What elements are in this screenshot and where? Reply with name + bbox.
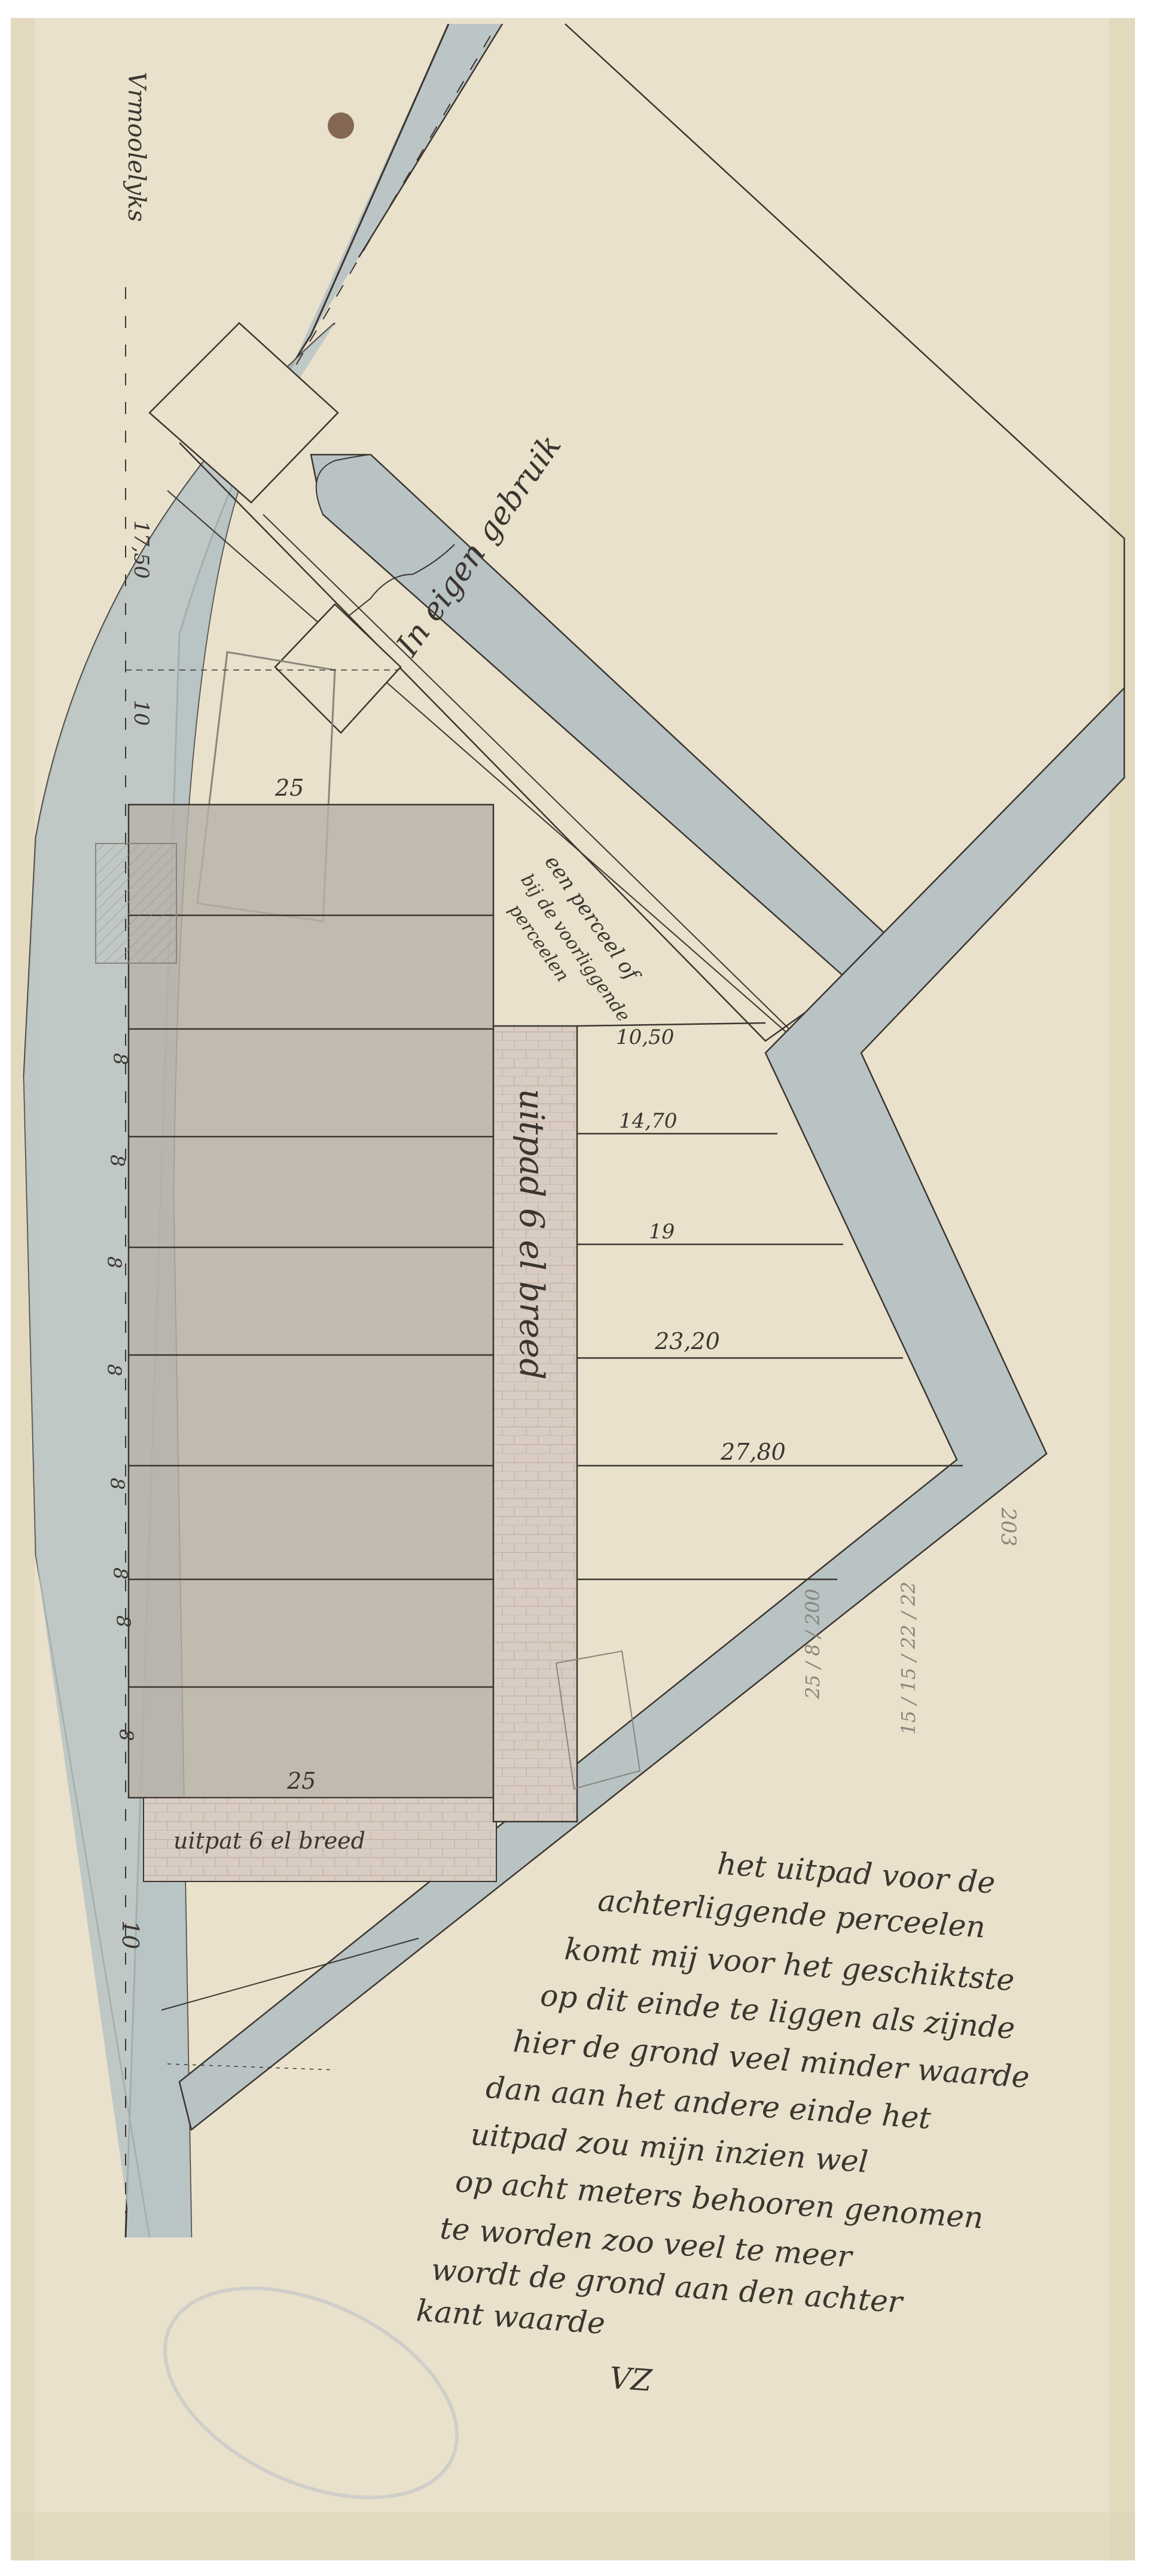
tick-8g: 8	[112, 1615, 135, 1627]
parcel-block-left	[129, 805, 493, 1798]
dim-1050: 10,50	[616, 1025, 674, 1049]
dim-1470: 14,70	[619, 1109, 677, 1133]
map-sheet: Vrmoolelyks In eigen gebruik een perceel…	[0, 0, 1150, 2576]
label-uitpad-horizontal: uitpat 6 el breed	[173, 1828, 365, 1854]
dim-19: 19	[649, 1220, 675, 1244]
dim-2780: 27,80	[720, 1439, 786, 1465]
signature: VZ	[608, 2361, 654, 2398]
map-canvas: Vrmoolelyks In eigen gebruik een perceel…	[0, 0, 1150, 2576]
tick-8a: 8	[109, 1053, 132, 1065]
tick-1750: 17,50	[129, 520, 153, 578]
tick-8h: 8	[115, 1729, 138, 1741]
pencil-203: 203	[996, 1507, 1020, 1546]
pencil-calc-2: 15 / 15 / 22 / 22	[897, 1582, 920, 1735]
tick-10: 10	[129, 700, 153, 726]
dim-top-width: 25	[274, 775, 304, 801]
tick-8e: 8	[106, 1478, 129, 1490]
tick-10b: 10	[117, 1920, 144, 1949]
tick-8c: 8	[103, 1256, 126, 1268]
tick-8d: 8	[103, 1364, 126, 1376]
dim-2320: 23,20	[654, 1328, 720, 1354]
dim-bottom-width: 25	[286, 1768, 316, 1794]
label-uitpad-vertical: uitpad 6 el breed	[512, 1089, 551, 1380]
pencil-calc-1: 25 / 8 / 200	[801, 1589, 824, 1700]
label-top-left: Vrmoolelyks	[123, 72, 150, 222]
tick-8b: 8	[106, 1155, 129, 1167]
tick-8f: 8	[109, 1567, 132, 1579]
